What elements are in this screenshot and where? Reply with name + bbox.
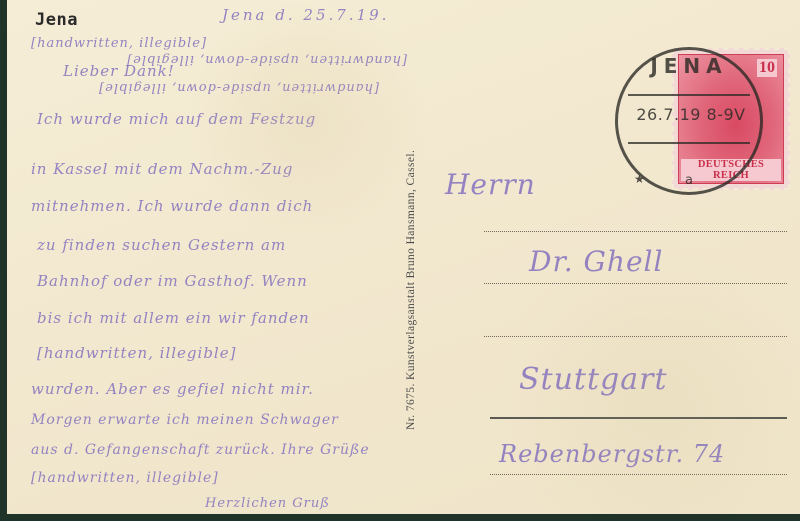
- message-line: wurden. Aber es gefiel nicht mir.: [31, 380, 314, 398]
- address-city: Stuttgart: [519, 362, 668, 397]
- message-line: [handwritten, illegible]: [31, 470, 219, 486]
- publisher-imprint: Nr. 7675. Kunstverlagsanstalt Bruno Hans…: [405, 150, 417, 430]
- message-line: bis ich mit allem ein wir fanden: [37, 309, 310, 327]
- postcard-back: Jena Jena d. 25.7.19. [handwritten, upsi…: [7, 0, 800, 514]
- address-line-1: [484, 231, 787, 232]
- message-line: Ich wurde mich auf dem Festzug: [37, 110, 316, 128]
- message-line: [handwritten, illegible]: [31, 36, 207, 51]
- address-name: Dr. Ghell: [529, 245, 663, 278]
- address-line-5: [490, 474, 787, 475]
- message-date: Jena d. 25.7.19.: [222, 6, 389, 24]
- message-line: [handwritten, illegible]: [37, 344, 236, 362]
- address-line-2: [484, 283, 787, 284]
- message-line: Bahnhof oder im Gasthof. Wenn: [37, 272, 308, 290]
- message-line: mitnehmen. Ich wurde dann dich: [31, 197, 313, 215]
- message-line: in Kassel mit dem Nachm.-Zug: [31, 160, 293, 178]
- message-line: zu finden suchen Gestern am: [37, 236, 286, 254]
- message-signature: Herzlichen Gruß: [205, 496, 330, 511]
- message-line: Lieber Dank!: [63, 62, 175, 80]
- address-line-3: [484, 336, 787, 337]
- place-label: Jena: [35, 10, 78, 30]
- message-upside-line: [handwritten, upside-down, illegible]: [98, 80, 379, 95]
- postmark-date: 26.7.19 8-9V: [626, 105, 756, 124]
- postmark-bar: [628, 142, 750, 144]
- address-street: Rebenbergstr. 74: [499, 440, 725, 468]
- stamp-value: 10: [757, 59, 777, 77]
- postmark: JENA 26.7.19 8-9V a ★: [615, 47, 763, 195]
- address-line-city: [490, 417, 787, 419]
- address-salutation: Herrn: [445, 168, 536, 201]
- message-line: Morgen erwarte ich meinen Schwager: [31, 412, 339, 428]
- postmark-bar: [628, 94, 750, 96]
- message-line: aus d. Gefangenschaft zurück. Ihre Grüße: [31, 442, 370, 458]
- postmark-star-icon: ★: [634, 172, 645, 186]
- postmark-city: JENA: [618, 54, 760, 78]
